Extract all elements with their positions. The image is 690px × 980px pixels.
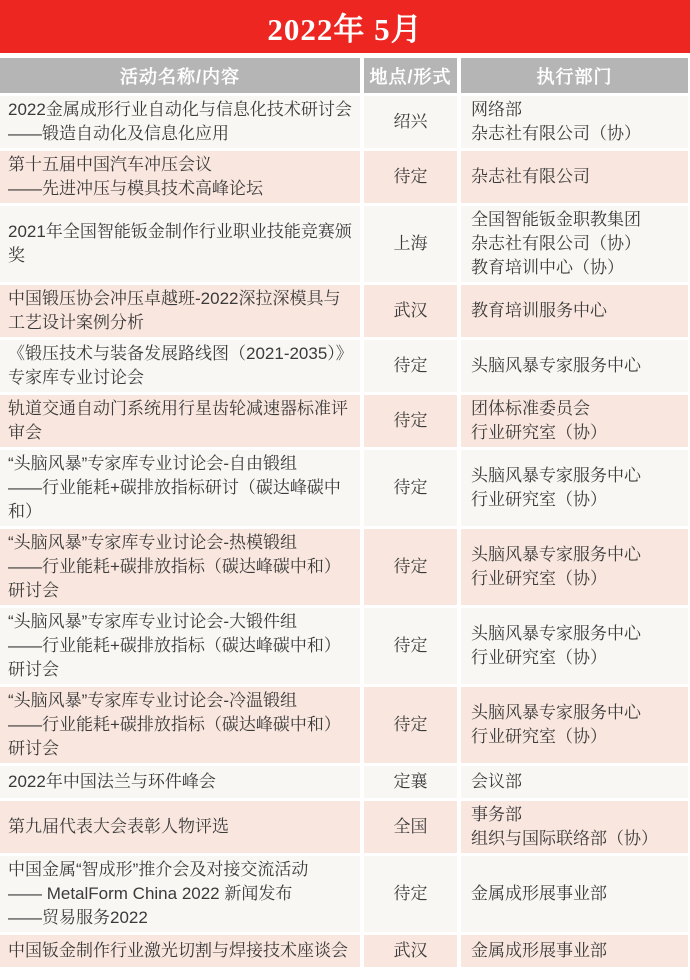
department-cell: 教育培训服务中心 (461, 285, 688, 337)
department-line: 全国智能钣金职教集团 (471, 208, 684, 232)
activity-line: 中国钣金制作行业激光切割与焊接技术座谈会 (8, 939, 352, 963)
location-cell: 待定 (364, 450, 457, 526)
department-line: 行业研究室（协） (471, 646, 684, 670)
activity-cell: 第十五届中国汽车冲压会议——先进冲压与模具技术高峰论坛 (0, 151, 360, 203)
location-cell: 待定 (364, 340, 457, 392)
event-row: 2022金属成形行业自动化与信息化技术研讨会——锻造自动化及信息化应用绍兴网络部… (0, 96, 688, 148)
activity-cell: “头脑风暴”专家库专业讨论会-大锻件组——行业能耗+碳排放指标（碳达峰碳中和）研… (0, 608, 360, 684)
department-line: 行业研究室（协） (471, 567, 684, 591)
location-cell: 待定 (364, 151, 457, 203)
location-text: 定襄 (394, 770, 428, 794)
location-text: 待定 (394, 634, 428, 658)
activity-line: “头脑风暴”专家库专业讨论会-大锻件组 (8, 610, 352, 634)
department-cell: 全国智能钣金职教集团杂志社有限公司（协）教育培训中心（协） (461, 206, 688, 282)
activity-line: 中国锻压协会冲压卓越班-2022深拉深模具与工艺设计案例分析 (8, 287, 352, 335)
activity-cell: 中国钣金制作行业激光切割与焊接技术座谈会 (0, 935, 360, 967)
location-cell: 上海 (364, 206, 457, 282)
activity-line: “头脑风暴”专家库专业讨论会-自由锻组 (8, 452, 352, 476)
activity-line: 轨道交通自动门系统用行星齿轮减速器标准评审会 (8, 397, 352, 445)
location-cell: 全国 (364, 801, 457, 853)
department-line: 头脑风暴专家服务中心 (471, 622, 684, 646)
activity-line: “头脑风暴”专家库专业讨论会-热模锻组 (8, 531, 352, 555)
department-cell: 会议部 (461, 766, 688, 798)
activity-cell: 第九届代表大会表彰人物评选 (0, 801, 360, 853)
department-line: 教育培训中心（协） (471, 256, 684, 280)
activity-cell: 轨道交通自动门系统用行星齿轮减速器标准评审会 (0, 395, 360, 447)
event-row: “头脑风暴”专家库专业讨论会-冷温锻组——行业能耗+碳排放指标（碳达峰碳中和）研… (0, 687, 688, 763)
monthly-schedule-page: 2022年 5月 活动名称/内容 地点/形式 执行部门 2022金属成形行业自动… (0, 0, 690, 967)
month-banner: 2022年 5月 (0, 0, 690, 53)
location-cell: 待定 (364, 608, 457, 684)
column-header-activity: 活动名称/内容 (0, 58, 360, 93)
location-cell: 绍兴 (364, 96, 457, 148)
activity-cell: “头脑风暴”专家库专业讨论会-热模锻组——行业能耗+碳排放指标（碳达峰碳中和）研… (0, 529, 360, 605)
department-line: 行业研究室（协） (471, 488, 684, 512)
location-cell: 待定 (364, 856, 457, 932)
department-line: 行业研究室（协） (471, 421, 684, 445)
location-text: 全国 (394, 815, 428, 839)
department-line: 杂志社有限公司（协） (471, 232, 684, 256)
activity-line: ——贸易服务2022 (8, 906, 352, 930)
event-row: 《锻压技术与装备发展路线图（2021-2035）》专家库专业讨论会待定头脑风暴专… (0, 340, 688, 392)
event-row: 中国锻压协会冲压卓越班-2022深拉深模具与工艺设计案例分析武汉教育培训服务中心 (0, 285, 688, 337)
department-cell: 头脑风暴专家服务中心行业研究室（协） (461, 450, 688, 526)
department-line: 教育培训服务中心 (471, 299, 684, 323)
department-cell: 头脑风暴专家服务中心行业研究室（协） (461, 529, 688, 605)
event-row: 中国金属“智成形”推介会及对接交流活动—— MetalForm China 20… (0, 856, 688, 932)
event-row: 第十五届中国汽车冲压会议——先进冲压与模具技术高峰论坛待定杂志社有限公司 (0, 151, 688, 203)
location-text: 待定 (394, 409, 428, 433)
location-text: 上海 (394, 232, 428, 256)
department-line: 事务部 (471, 803, 684, 827)
location-text: 武汉 (394, 939, 428, 963)
event-row: 2021年全国智能钣金制作行业职业技能竞赛颁奖上海全国智能钣金职教集团杂志社有限… (0, 206, 688, 282)
event-row: “头脑风暴”专家库专业讨论会-自由锻组——行业能耗+碳排放指标研讨（碳达峰碳中和… (0, 450, 688, 526)
activity-line: ——行业能耗+碳排放指标（碳达峰碳中和）研讨会 (8, 555, 352, 603)
event-row: 中国钣金制作行业激光切割与焊接技术座谈会武汉金属成形展事业部 (0, 935, 688, 967)
event-row: 第九届代表大会表彰人物评选全国事务部组织与国际联络部（协） (0, 801, 688, 853)
department-cell: 头脑风暴专家服务中心行业研究室（协） (461, 608, 688, 684)
activity-cell: 2022金属成形行业自动化与信息化技术研讨会——锻造自动化及信息化应用 (0, 96, 360, 148)
event-row: 轨道交通自动门系统用行星齿轮减速器标准评审会待定团体标准委员会行业研究室（协） (0, 395, 688, 447)
activity-line: 第十五届中国汽车冲压会议 (8, 153, 352, 177)
location-text: 待定 (394, 713, 428, 737)
activity-line: 中国金属“智成形”推介会及对接交流活动 (8, 858, 352, 882)
department-cell: 事务部组织与国际联络部（协） (461, 801, 688, 853)
activity-cell: 中国锻压协会冲压卓越班-2022深拉深模具与工艺设计案例分析 (0, 285, 360, 337)
department-line: 金属成形展事业部 (471, 882, 684, 906)
table-header-row: 活动名称/内容 地点/形式 执行部门 (0, 58, 688, 93)
activity-cell: 2021年全国智能钣金制作行业职业技能竞赛颁奖 (0, 206, 360, 282)
department-cell: 杂志社有限公司 (461, 151, 688, 203)
activity-cell: “头脑风暴”专家库专业讨论会-冷温锻组——行业能耗+碳排放指标（碳达峰碳中和）研… (0, 687, 360, 763)
department-line: 团体标准委员会 (471, 397, 684, 421)
activity-line: 2022年中国法兰与环件峰会 (8, 770, 352, 794)
department-line: 杂志社有限公司 (471, 165, 684, 189)
activity-line: ——先进冲压与模具技术高峰论坛 (8, 177, 352, 201)
department-cell: 金属成形展事业部 (461, 856, 688, 932)
event-row: “头脑风暴”专家库专业讨论会-大锻件组——行业能耗+碳排放指标（碳达峰碳中和）研… (0, 608, 688, 684)
location-text: 待定 (394, 882, 428, 906)
department-line: 网络部 (471, 98, 684, 122)
activity-cell: 中国金属“智成形”推介会及对接交流活动—— MetalForm China 20… (0, 856, 360, 932)
department-line: 行业研究室（协） (471, 725, 684, 749)
location-text: 待定 (394, 354, 428, 378)
event-row: “头脑风暴”专家库专业讨论会-热模锻组——行业能耗+碳排放指标（碳达峰碳中和）研… (0, 529, 688, 605)
location-cell: 定襄 (364, 766, 457, 798)
activity-line: 《锻压技术与装备发展路线图（2021-2035）》专家库专业讨论会 (8, 342, 352, 390)
activity-line: ——行业能耗+碳排放指标（碳达峰碳中和）研讨会 (8, 713, 352, 761)
activity-line: —— MetalForm China 2022 新闻发布 (8, 882, 352, 906)
department-cell: 金属成形展事业部 (461, 935, 688, 967)
activity-line: ——锻造自动化及信息化应用 (8, 122, 352, 146)
department-cell: 团体标准委员会行业研究室（协） (461, 395, 688, 447)
department-line: 组织与国际联络部（协） (471, 827, 684, 851)
location-text: 待定 (394, 476, 428, 500)
department-line: 头脑风暴专家服务中心 (471, 701, 684, 725)
activity-line: 第九届代表大会表彰人物评选 (8, 815, 352, 839)
department-line: 会议部 (471, 770, 684, 794)
column-header-location: 地点/形式 (364, 58, 457, 93)
department-cell: 头脑风暴专家服务中心行业研究室（协） (461, 687, 688, 763)
location-cell: 待定 (364, 687, 457, 763)
activity-cell: 《锻压技术与装备发展路线图（2021-2035）》专家库专业讨论会 (0, 340, 360, 392)
column-header-department: 执行部门 (461, 58, 688, 93)
location-text: 待定 (394, 165, 428, 189)
location-text: 武汉 (394, 299, 428, 323)
location-cell: 待定 (364, 529, 457, 605)
activity-cell: 2022年中国法兰与环件峰会 (0, 766, 360, 798)
event-row: 2022年中国法兰与环件峰会定襄会议部 (0, 766, 688, 798)
activity-line: 2021年全国智能钣金制作行业职业技能竞赛颁奖 (8, 220, 352, 268)
activity-line: ——行业能耗+碳排放指标研讨（碳达峰碳中和） (8, 476, 352, 524)
department-line: 头脑风暴专家服务中心 (471, 464, 684, 488)
activity-cell: “头脑风暴”专家库专业讨论会-自由锻组——行业能耗+碳排放指标研讨（碳达峰碳中和… (0, 450, 360, 526)
events-table: 活动名称/内容 地点/形式 执行部门 2022金属成形行业自动化与信息化技术研讨… (0, 58, 690, 967)
location-text: 绍兴 (394, 110, 428, 134)
department-cell: 头脑风暴专家服务中心 (461, 340, 688, 392)
location-text: 待定 (394, 555, 428, 579)
department-cell: 网络部杂志社有限公司（协） (461, 96, 688, 148)
location-cell: 武汉 (364, 935, 457, 967)
location-cell: 待定 (364, 395, 457, 447)
department-line: 头脑风暴专家服务中心 (471, 354, 684, 378)
activity-line: ——行业能耗+碳排放指标（碳达峰碳中和）研讨会 (8, 634, 352, 682)
department-line: 杂志社有限公司（协） (471, 122, 684, 146)
activity-line: “头脑风暴”专家库专业讨论会-冷温锻组 (8, 689, 352, 713)
table-body: 2022金属成形行业自动化与信息化技术研讨会——锻造自动化及信息化应用绍兴网络部… (0, 96, 688, 967)
location-cell: 武汉 (364, 285, 457, 337)
department-line: 金属成形展事业部 (471, 939, 684, 963)
department-line: 头脑风暴专家服务中心 (471, 543, 684, 567)
month-title: 2022年 5月 (267, 4, 422, 49)
activity-line: 2022金属成形行业自动化与信息化技术研讨会 (8, 98, 352, 122)
